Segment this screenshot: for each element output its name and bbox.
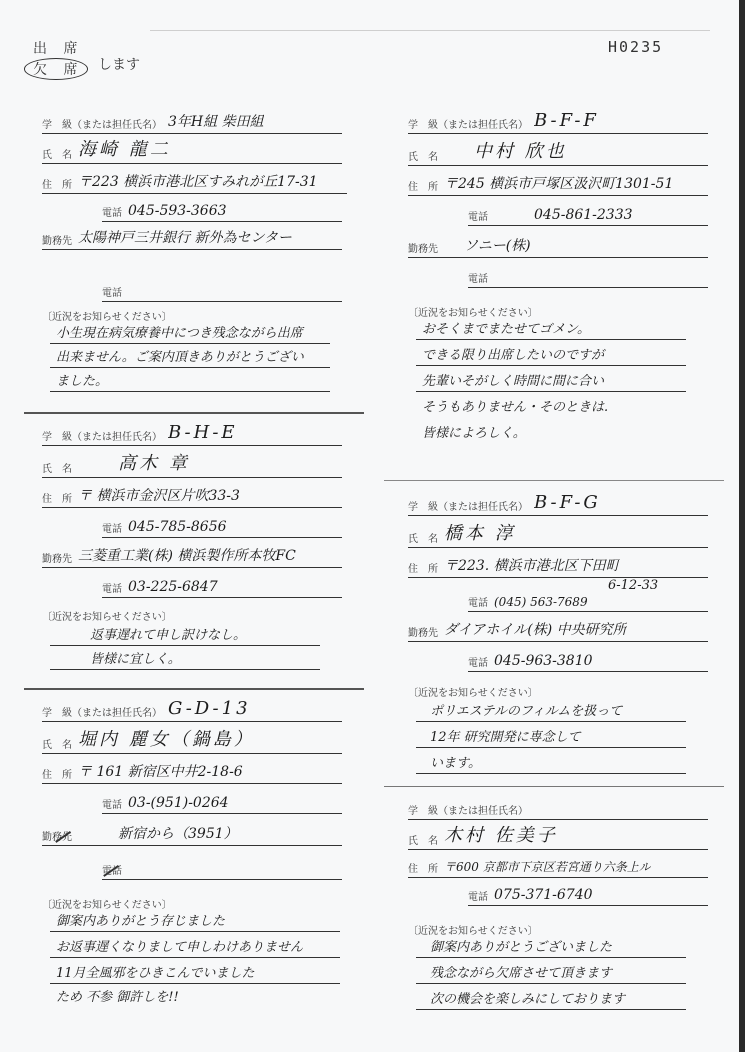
class-field: 学 級（または担任氏名） B-F-F [408, 108, 708, 134]
class-label: 学 級（または担任氏名） [42, 704, 162, 719]
work-phone-field: 電話 [468, 262, 708, 288]
section-divider [384, 786, 724, 787]
phone-value: 045-861-2333 [494, 207, 633, 223]
name-value: 橋本 淳 [444, 519, 516, 545]
work-value: 太陽神戸三井銀行 新外為センター [78, 227, 292, 247]
phone-label: 電話 [468, 594, 488, 609]
address-value: 〒 横浜市金沢区片吹33-3 [78, 485, 240, 505]
address-value: 〒245 横浜市戸塚区汲沢町1301-51 [444, 173, 673, 193]
news-line: 残念ながら欠席させて頂きます [416, 962, 686, 984]
address-value: 〒600 京都市下京区若宮通り六条上ル [444, 858, 651, 875]
address-label: 住 所 [42, 766, 72, 781]
name-value: 堀内 麗女（鍋島） [78, 725, 255, 751]
news-line: 先輩いそがしく時間に間に合い [416, 370, 686, 392]
work-phone-value: 03-225-6847 [128, 579, 218, 595]
document-id: H0235 [608, 38, 663, 56]
class-value: B-F-G [534, 492, 601, 513]
news-line: 12年 研究開発に専念して [416, 726, 686, 748]
class-value: 3年H組 柴田組 [168, 111, 264, 131]
news-line: 御案内ありがとうございました [416, 936, 686, 958]
work-phone-field: 電話 [102, 854, 342, 880]
phone-label: 電話 [102, 796, 122, 811]
news-line: 次の機会を楽しみにしております [416, 988, 686, 1010]
news-line: ポリエステルのフィルムを扱って [416, 700, 686, 722]
class-label: 学 級（または担任氏名） [42, 116, 162, 131]
name-value: 高木 章 [78, 449, 190, 475]
name-field: 氏 名 高木 章 [42, 452, 342, 478]
news-label: 〔近況をお知らせください〕 [42, 608, 172, 623]
section-divider [384, 480, 724, 481]
phone-value: (045) 563-7689 [494, 595, 588, 609]
phone-value: 045-593-3663 [128, 203, 227, 219]
class-field: 学 級（または担任氏名） [408, 794, 708, 820]
name-field: 氏 名 橋本 淳 [408, 522, 708, 548]
name-label: 氏 名 [42, 146, 72, 161]
news-line: 小生現在病気療養中につき残念ながら出席 [50, 322, 330, 344]
work-field: 勤務先 太陽神戸三井銀行 新外為センター [42, 224, 342, 250]
phone-field: 電話 075-371-6740 [468, 880, 708, 906]
news-line: 皆様に宜しく。 [50, 648, 320, 670]
news-label: 〔近況をお知らせください〕 [42, 308, 172, 323]
phone-value: 075-371-6740 [494, 887, 593, 903]
work-value: ダイアホイル(株) 中央研究所 [444, 619, 627, 639]
news-line: お返事遅くなりまして申しわけありません [50, 936, 340, 958]
name-field: 氏 名 木村 佐美子 [408, 824, 708, 850]
work-field: 勤務先 新宿から（3951） [42, 820, 342, 846]
phone-label: 電話 [468, 888, 488, 903]
form-header: 出 席 欠 席 します H0235 [0, 0, 745, 90]
work-phone-label: 電話 [102, 580, 122, 595]
address-value: 〒223. 横浜市港北区下田町 [444, 555, 620, 575]
name-value: 中村 欣也 [444, 137, 567, 163]
address-field: 住 所 〒600 京都市下京区若宮通り六条上ル [408, 852, 708, 878]
address-field: 住 所 〒245 横浜市戸塚区汲沢町1301-51 [408, 170, 708, 196]
news-line: ため 不参 御許しを!! [50, 986, 340, 1008]
phone-field: 電話 045-593-3663 [102, 196, 342, 222]
phone-label: 電話 [468, 208, 488, 223]
name-label: 氏 名 [42, 736, 72, 751]
class-label: 学 級（または担任氏名） [408, 802, 528, 817]
scan-edge-right [739, 0, 745, 1052]
phone-value: 045-785-8656 [128, 519, 227, 535]
news-line: 皆様によろしく。 [416, 422, 686, 444]
work-phone-label: 電話 [468, 270, 488, 285]
attendance-suffix: します [98, 54, 140, 74]
name-label: 氏 名 [408, 530, 438, 545]
address-field: 住 所 〒223 横浜市港北区すみれが丘17-31 [42, 168, 347, 194]
address-label: 住 所 [408, 560, 438, 575]
class-value: B-H-E [168, 422, 238, 443]
phone-field: 電話 045-861-2333 [468, 200, 708, 226]
work-phone-field: 電話 [102, 276, 342, 302]
address-label: 住 所 [42, 490, 72, 505]
news-label: 〔近況をお知らせください〕 [408, 684, 538, 699]
address-value: 〒 161 新宿区中井2-18-6 [78, 761, 243, 781]
news-line: 出来ません。ご案内頂きありがとうござい [50, 346, 330, 368]
name-value: 海崎 龍二 [78, 135, 171, 161]
address-label: 住 所 [408, 178, 438, 193]
news-line: できる限り出席したいのですが [416, 344, 686, 366]
attendance-option-present[interactable]: 出 席 [33, 38, 83, 58]
work-phone-field: 電話 045-963-3810 [468, 646, 708, 672]
class-label: 学 級（または担任氏名） [42, 428, 162, 443]
phone-label: 電話 [102, 204, 122, 219]
work-phone-label: 電話 [102, 284, 122, 299]
work-phone-value: 045-963-3810 [494, 653, 593, 669]
class-value: B-F-F [534, 110, 599, 131]
phone-field: 電話 045-785-8656 [102, 512, 342, 538]
name-label: 氏 名 [42, 460, 72, 475]
section-divider [24, 688, 364, 690]
news-line: 返事遅れて申し訳けなし。 [50, 624, 320, 646]
phone-field: 電話 (045) 563-7689 [468, 586, 708, 612]
class-field: 学 級（または担任氏名） 3年H組 柴田組 [42, 108, 342, 134]
work-field: 勤務先 ダイアホイル(株) 中央研究所 [408, 616, 708, 642]
class-value: G-D-13 [168, 698, 251, 719]
phone-field: 電話 03-(951)-0264 [102, 788, 342, 814]
name-field: 氏 名 海崎 龍二 [42, 138, 342, 164]
address-field: 住 所 〒 161 新宿区中井2-18-6 [42, 758, 342, 784]
work-value: 三菱重工業(株) 横浜製作所本牧FC [78, 545, 296, 565]
news-line: います。 [416, 752, 686, 774]
work-field: 勤務先 ソニー(株) [408, 232, 708, 258]
news-line: 11月全風邪をひきこんでいました [50, 962, 340, 984]
news-label: 〔近況をお知らせください〕 [408, 304, 538, 319]
work-label: 勤務先 [42, 232, 72, 247]
name-value: 木村 佐美子 [444, 821, 558, 847]
name-label: 氏 名 [408, 832, 438, 847]
work-phone-field: 電話 03-225-6847 [102, 572, 342, 598]
work-label: 勤務先 [408, 624, 438, 639]
news-line: そうもありません・そのときは. [416, 396, 686, 418]
news-line: おそくまでまたせてゴメン。 [416, 318, 686, 340]
class-label: 学 級（または担任氏名） [408, 116, 528, 131]
work-label: 勤務先 [408, 240, 438, 255]
name-field: 氏 名 堀内 麗女（鍋島） [42, 728, 342, 754]
class-field: 学 級（または担任氏名） G-D-13 [42, 696, 342, 722]
news-line: ました。 [50, 370, 330, 392]
section-divider [24, 412, 364, 414]
name-field: 氏 名 中村 欣也 [408, 140, 708, 166]
address-field: 住 所 〒223. 横浜市港北区下田町 [408, 552, 708, 578]
class-field: 学 級（または担任氏名） B-F-G [408, 490, 708, 516]
phone-value: 03-(951)-0264 [128, 795, 229, 811]
work-field: 勤務先 三菱重工業(株) 横浜製作所本牧FC [42, 542, 342, 568]
work-value: ソニー(株) [444, 235, 531, 255]
work-value: 新宿から（3951） [78, 823, 238, 843]
address-label: 住 所 [42, 176, 72, 191]
news-line: 御案内ありがとう存じました [50, 910, 340, 932]
news-label: 〔近況をお知らせください〕 [42, 896, 172, 911]
class-field: 学 級（または担任氏名） B-H-E [42, 420, 342, 446]
address-value: 〒223 横浜市港北区すみれが丘17-31 [78, 171, 318, 191]
attendance-option-absent-circled[interactable]: 欠 席 [24, 58, 88, 80]
address-field: 住 所 〒 横浜市金沢区片吹33-3 [42, 482, 342, 508]
work-label: 勤務先 [42, 550, 72, 565]
work-phone-label: 電話 [468, 654, 488, 669]
address-label: 住 所 [408, 860, 438, 875]
class-label: 学 級（または担任氏名） [408, 498, 528, 513]
phone-label: 電話 [102, 520, 122, 535]
news-label: 〔近況をお知らせください〕 [408, 922, 538, 937]
name-label: 氏 名 [408, 148, 438, 163]
